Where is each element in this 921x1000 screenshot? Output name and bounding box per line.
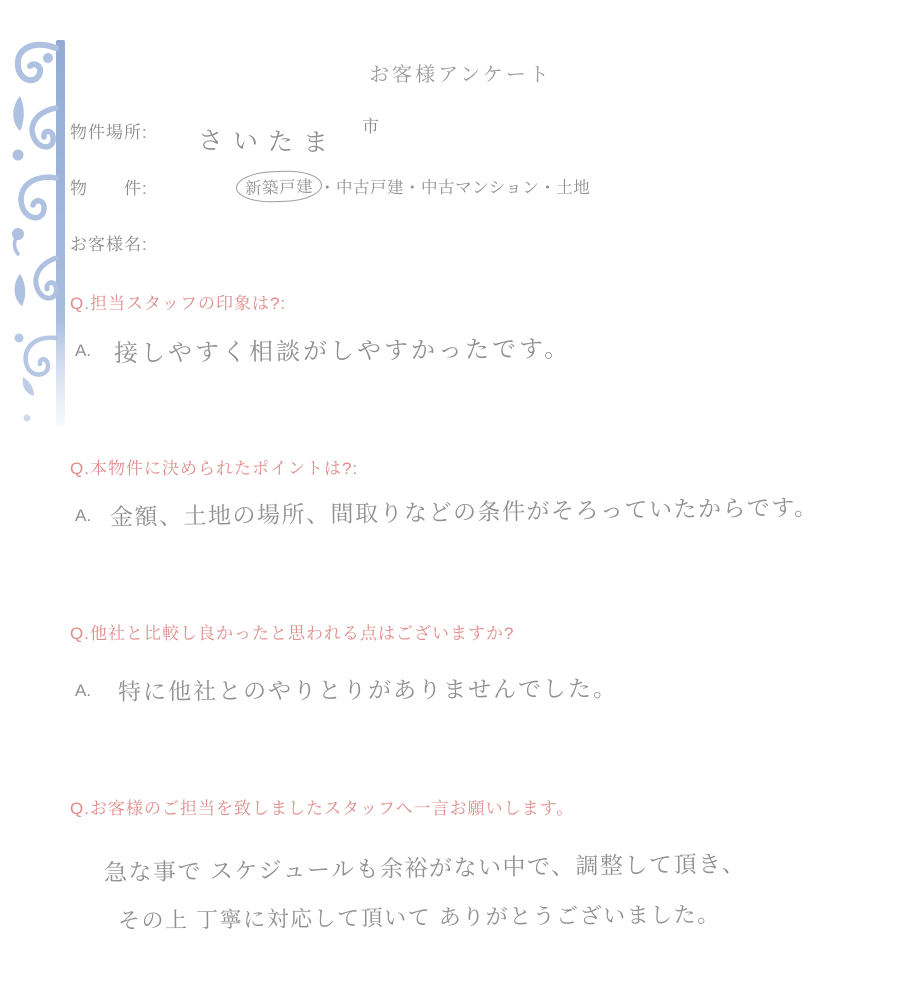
- other-options: ・中古戸建・中古マンション・土地: [319, 179, 590, 197]
- property-location-handwritten-value: さいたま: [198, 121, 339, 159]
- answer-3-handwritten: 特に他社とのやりとりがありませんでした。: [118, 670, 618, 706]
- answer-3-label: A.: [75, 681, 91, 701]
- answer-1-handwritten: 接しやすく相談がしやすかったです。: [114, 329, 571, 369]
- page-title: お客様アンケート: [0, 58, 921, 87]
- answer-4-handwritten-line1: 急な事で スケジュールも余裕がない中で、調整して頂き、: [104, 846, 747, 888]
- question-2: Q.本物件に決められたポイントは?:: [70, 454, 358, 479]
- circled-option: 新築戸建: [235, 170, 322, 204]
- city-suffix-label: 市: [362, 112, 379, 137]
- property-type-label: 物 件:: [70, 174, 148, 199]
- answer-2-handwritten: 金額、土地の場所、間取りなどの条件がそろっていたからです。: [110, 489, 819, 532]
- customer-name-label: お客様名:: [70, 230, 148, 255]
- question-4: Q.お客様のご担当を致しましたスタッフへ一言お願いします。: [70, 794, 574, 819]
- answer-4-handwritten-line2: その上 丁寧に対応して頂いて ありがとうございました。: [118, 898, 721, 935]
- answer-1-label: A.: [75, 341, 91, 361]
- floral-vine-border-icon: [6, 38, 72, 430]
- property-location-label: 物件場所:: [70, 118, 148, 143]
- property-type-options: 新築戸建・中古戸建・中古マンション・土地: [236, 171, 590, 202]
- question-3: Q.他社と比較し良かったと思われる点はございますか?: [70, 619, 514, 644]
- answer-2-label: A.: [75, 506, 91, 526]
- question-1: Q.担当スタッフの印象は?:: [70, 289, 286, 314]
